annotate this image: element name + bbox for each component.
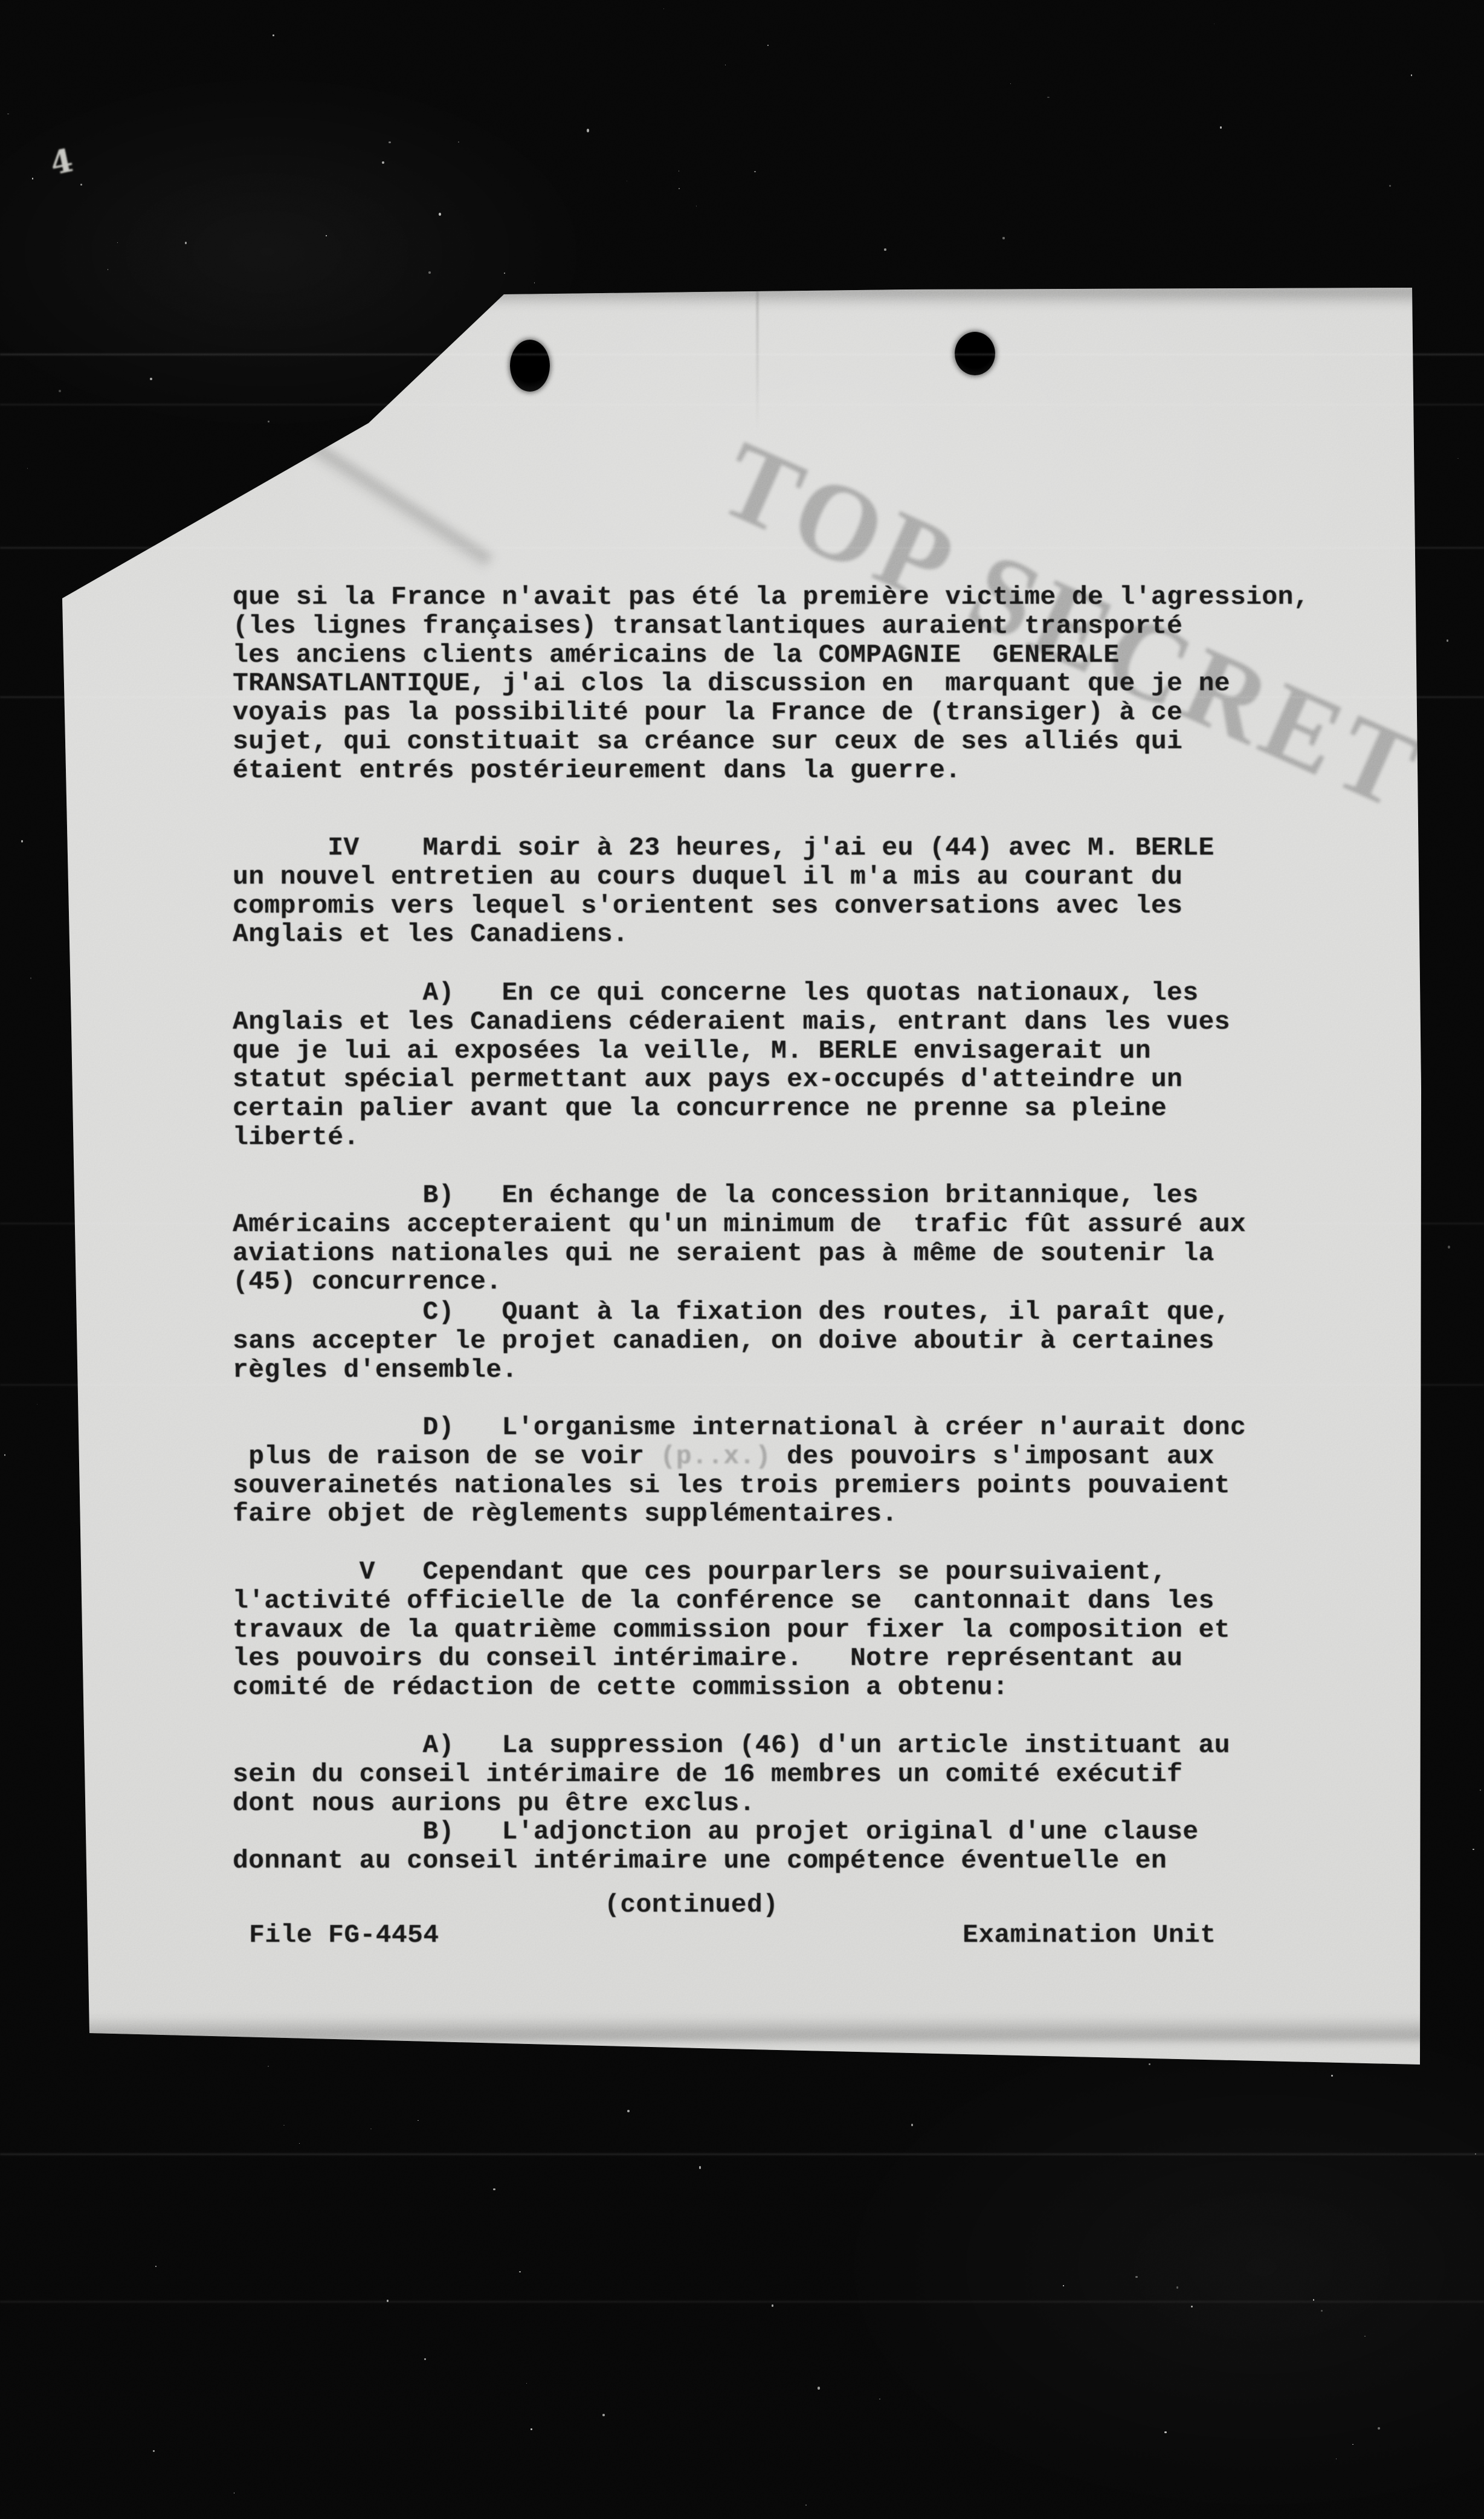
dust-speck xyxy=(1047,97,1049,99)
dust-speck xyxy=(59,390,61,392)
dust-speck xyxy=(155,2266,156,2267)
dust-speck xyxy=(526,2383,527,2384)
paragraph-section-iv: IV Mardi soir à 23 heures, j'ai eu (44) … xyxy=(233,833,1215,949)
dust-speck xyxy=(818,2387,820,2389)
dust-speck xyxy=(767,45,769,46)
scanline xyxy=(0,1223,1484,1224)
paragraph-intro: que si la France n'avait pas été la prem… xyxy=(233,583,1309,785)
dust-speck xyxy=(4,1454,6,1456)
dust-speck xyxy=(1063,2285,1064,2286)
dust-speck xyxy=(1220,126,1222,129)
dust-speck xyxy=(424,2358,425,2360)
microfilm-scan: 4 TOP SECRET que si la France n'avait pa… xyxy=(0,0,1484,2519)
dust-speck xyxy=(234,2492,235,2493)
dust-speck xyxy=(725,65,726,65)
dust-speck xyxy=(805,2504,807,2506)
scanline xyxy=(0,354,1484,355)
dust-speck xyxy=(879,2399,880,2400)
dust-speck xyxy=(153,2450,155,2452)
paragraph-item-a2: A) La suppression (46) d'un article inst… xyxy=(233,1731,1230,1817)
dust-speck xyxy=(30,977,31,979)
dust-speck xyxy=(587,129,589,132)
dust-speck xyxy=(493,2188,495,2190)
dust-speck xyxy=(1473,1849,1474,1850)
dust-speck xyxy=(1149,2063,1150,2065)
dust-speck xyxy=(1002,237,1005,239)
examination-unit-label: Examination Unit xyxy=(963,1921,1216,1950)
dust-speck xyxy=(1352,2444,1353,2445)
dust-speck xyxy=(1010,83,1011,84)
dust-speck xyxy=(37,1404,37,1405)
dust-speck xyxy=(283,2125,284,2126)
dust-speck xyxy=(754,171,756,172)
dust-speck xyxy=(1448,1246,1450,1249)
dust-speck xyxy=(389,141,390,143)
dust-speck xyxy=(80,184,82,186)
dust-speck xyxy=(1321,2310,1323,2312)
dust-speck xyxy=(370,2129,372,2130)
dust-speck xyxy=(1164,2431,1166,2434)
dust-speck xyxy=(439,213,441,216)
item-d-rest: souverainetés nationales si les trois pr… xyxy=(233,1470,1230,1529)
dust-speck xyxy=(663,8,664,9)
dust-speck xyxy=(884,248,886,251)
dust-speck xyxy=(602,2414,604,2416)
file-reference: File FG-4454 xyxy=(249,1921,439,1950)
dust-speck xyxy=(679,188,680,189)
dust-speck xyxy=(326,235,327,236)
dust-speck xyxy=(627,181,628,181)
dust-speck xyxy=(299,2143,300,2144)
erased-word: (p..x.) xyxy=(660,1441,771,1471)
dust-speck xyxy=(1378,2427,1380,2430)
dust-speck xyxy=(531,2428,532,2430)
dust-speck xyxy=(21,840,24,843)
dust-speck xyxy=(1214,24,1215,24)
dust-speck xyxy=(108,269,109,270)
dust-speck xyxy=(418,2120,419,2121)
dust-speck xyxy=(699,2166,701,2168)
dust-speck xyxy=(1331,2075,1333,2077)
dust-speck xyxy=(7,114,8,115)
dust-speck xyxy=(1191,2306,1193,2307)
paragraph-item-b: B) En échange de la concession britanniq… xyxy=(233,1181,1246,1296)
paragraph-item-d: D) L'organisme international à créer n'a… xyxy=(233,1413,1246,1528)
dust-speck xyxy=(1389,185,1391,187)
dust-speck xyxy=(1336,2459,1337,2459)
dust-speck xyxy=(1457,458,1458,459)
item-d-line2-post: des pouvoirs s'imposant aux xyxy=(771,1441,1215,1471)
dust-speck xyxy=(519,2271,521,2272)
scanline xyxy=(0,1384,1484,1386)
dust-speck xyxy=(32,178,33,179)
scanline xyxy=(0,696,1484,698)
dust-speck xyxy=(679,170,679,172)
dust-speck xyxy=(534,282,535,283)
dust-speck xyxy=(27,468,28,469)
dust-speck xyxy=(1176,2286,1178,2289)
dust-speck xyxy=(268,2066,268,2067)
paragraph-item-a: A) En ce qui concerne les quotas nationa… xyxy=(233,978,1230,1152)
scanline xyxy=(0,404,1484,406)
dust-speck xyxy=(1411,74,1412,76)
dust-speck xyxy=(772,2304,773,2306)
item-d-line2-pre: plus de raison de se voir xyxy=(233,1441,660,1471)
dust-speck xyxy=(696,205,697,207)
scanline xyxy=(0,2153,1484,2155)
dust-speck xyxy=(1447,639,1448,641)
paragraph-item-c: C) Quant à la fixation des routes, il pa… xyxy=(233,1298,1230,1384)
dust-speck xyxy=(117,242,118,244)
scanline xyxy=(0,547,1484,549)
continued-note: (continued) xyxy=(604,1890,778,1919)
dust-speck xyxy=(428,271,431,274)
dust-speck xyxy=(382,161,384,164)
paragraph-item-b2: B) L'adjonction au projet original d'une… xyxy=(233,1817,1198,1875)
dust-speck xyxy=(911,2124,913,2126)
dust-speck xyxy=(150,378,152,380)
dust-speck xyxy=(458,141,459,143)
dust-speck xyxy=(1135,2276,1137,2278)
dust-speck xyxy=(1480,1790,1481,1791)
dust-speck xyxy=(185,242,187,244)
item-d-line1: D) L'organisme international à créer n'a… xyxy=(233,1412,1246,1442)
dust-speck xyxy=(627,2110,630,2112)
dust-speck xyxy=(273,34,274,36)
dust-speck xyxy=(504,273,505,274)
scanline xyxy=(0,2301,1484,2303)
dust-speck xyxy=(1364,2336,1366,2336)
paragraph-section-v: V Cependant que ces pourparlers se pours… xyxy=(233,1557,1230,1702)
dust-speck xyxy=(268,421,269,422)
